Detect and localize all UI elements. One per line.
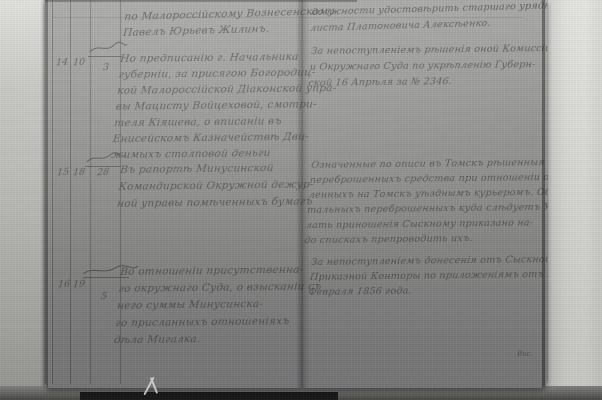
handwritten-line: и Окружнаго Суда по укрѣпленію Губерн- (309, 57, 548, 76)
photo-background-left (0, 0, 45, 400)
entry-number: 15 (56, 167, 69, 179)
register-spread: 14 10 3 15 18 28 16 19 5 по Малороссійск… (45, 0, 548, 388)
handwritten-line: Приказной Конторы по приложеніямъ отъ 28 (309, 267, 548, 285)
carryover-text-right: должности удостовѣрить старшаго урядника… (310, 0, 548, 37)
handwritten-line: лать приношенія Сыскному приказано на- (305, 215, 548, 233)
response-text-2: Означенные по описи въ Томскъ рѣшенныя д… (304, 155, 548, 248)
entry-day: 28 (96, 167, 109, 179)
response-text-3: За непоступленіемъ донесенія отъ Сыскной… (308, 252, 548, 300)
ruled-line (90, 0, 91, 384)
adjacent-page-edge (546, 0, 602, 390)
handwritten-line: дѣла Мигалка. (113, 330, 317, 349)
book-gutter-shadow (296, 0, 310, 388)
entry-number: 14 (55, 57, 68, 69)
entry-text-3: Во отношеніи присутственна-го окружнаго … (113, 262, 324, 349)
entry-number: 18 (72, 167, 85, 179)
ruled-line (70, 0, 71, 384)
handwritten-line: го присланныхъ отношеніяхъ (115, 313, 319, 332)
entry-number: 19 (72, 279, 85, 291)
entry-number: 10 (72, 57, 85, 69)
handwritten-line: го окружнаго Суда, о взысканіи съ (118, 279, 322, 298)
entry-day: 5 (100, 291, 107, 302)
response-text-1: За непоступленіемъ рѣшенія оной Комиссіи… (308, 41, 548, 92)
entry-day: 3 (102, 62, 109, 73)
photo-of-register: 14 10 3 15 18 28 16 19 5 по Малороссійск… (0, 0, 602, 400)
handwritten-line: ской 16 Апрѣля за № 2346. (308, 73, 548, 92)
entry-number: 16 (57, 279, 70, 291)
date-rule (88, 56, 122, 57)
ruled-line (52, 0, 53, 384)
page-right-edge (542, 0, 545, 388)
handwritten-line: ной управы помѣченныхъ бумагъ (116, 194, 313, 213)
catchword: Вис. (517, 350, 533, 358)
handwritten-line: до спискахъ препроводить ихъ. (304, 230, 548, 248)
handwritten-line: Февраля 1856 года. (308, 282, 548, 300)
page-left-edge (45, 0, 48, 388)
entry-text-2: Въ рапортѣ МинусинскойКомандирской Окруж… (116, 160, 316, 213)
page-top-edge (45, 0, 357, 2)
shadow-under-book (80, 392, 338, 400)
